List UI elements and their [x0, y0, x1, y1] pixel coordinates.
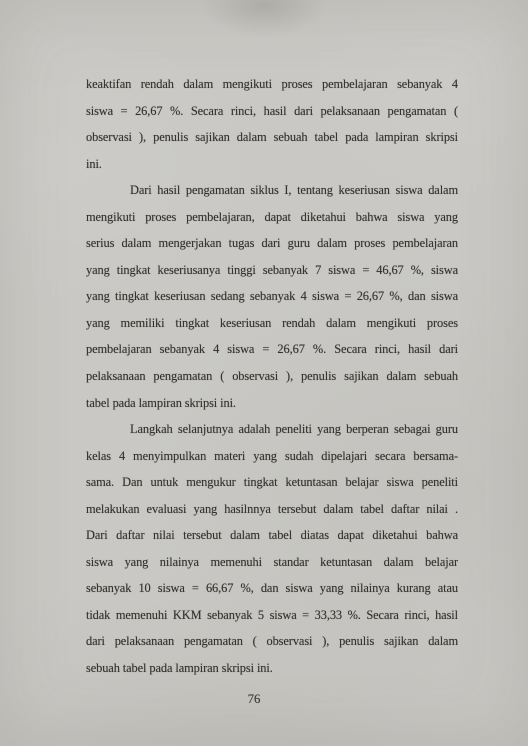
text-line: yang memiliki tingkat keseriusan rendah … — [86, 310, 458, 337]
text-line: sama. Dan untuk mengukur tingkat ketunta… — [86, 469, 458, 496]
text-block: keaktifan rendah dalam mengikuti proses … — [86, 71, 458, 682]
text-line: siswa yang nilainya memenuhi standar ket… — [86, 549, 458, 576]
text-line: kelas 4 menyimpulkan materi yang sudah d… — [86, 443, 458, 470]
text-line: pelaksanaan pengamatan ( observasi ), pe… — [86, 363, 458, 390]
text-line: ini. — [86, 151, 458, 178]
scanned-page: keaktifan rendah dalam mengikuti proses … — [0, 0, 528, 746]
text-line: yang tingkat keseriusanya tinggi sebanya… — [86, 257, 458, 284]
text-line: dari pelaksanaan pengamatan ( observasi … — [86, 628, 458, 655]
text-line: tidak memenuhi KKM sebanyak 5 siswa = 33… — [86, 602, 458, 629]
text-line: tabel pada lampiran skripsi ini. — [86, 390, 458, 417]
text-line: serius dalam mengerjakan tugas dari guru… — [86, 230, 458, 257]
text-line: yang tingkat keseriusan sedang sebanyak … — [86, 283, 458, 310]
text-line: observasi ), penulis sajikan dalam sebua… — [86, 124, 458, 151]
text-line: Dari hasil pengamatan siklus I, tentang … — [86, 177, 458, 204]
text-line: Dari daftar nilai tersebut dalam tabel d… — [86, 522, 458, 549]
text-line: Langkah selanjutnya adalah peneliti yang… — [86, 416, 458, 443]
paragraph: Dari hasil pengamatan siklus I, tentang … — [86, 177, 458, 416]
paragraph: keaktifan rendah dalam mengikuti proses … — [86, 71, 458, 177]
text-line: sebuah tabel pada lampiran skripsi ini. — [86, 655, 458, 682]
paragraph: Langkah selanjutnya adalah peneliti yang… — [86, 416, 458, 681]
page-number: 76 — [224, 692, 284, 707]
text-line: mengikuti proses pembelajaran, dapat dik… — [86, 204, 458, 231]
text-line: sebanyak 10 siswa = 66,67 %, dan siswa y… — [86, 575, 458, 602]
text-line: pembelajaran sebanyak 4 siswa = 26,67 %.… — [86, 336, 458, 363]
text-line: melakukan evaluasi yang hasilnnya terseb… — [86, 496, 458, 523]
text-line: keaktifan rendah dalam mengikuti proses … — [86, 71, 458, 98]
text-line: siswa = 26,67 %. Secara rinci, hasil dar… — [86, 98, 458, 125]
